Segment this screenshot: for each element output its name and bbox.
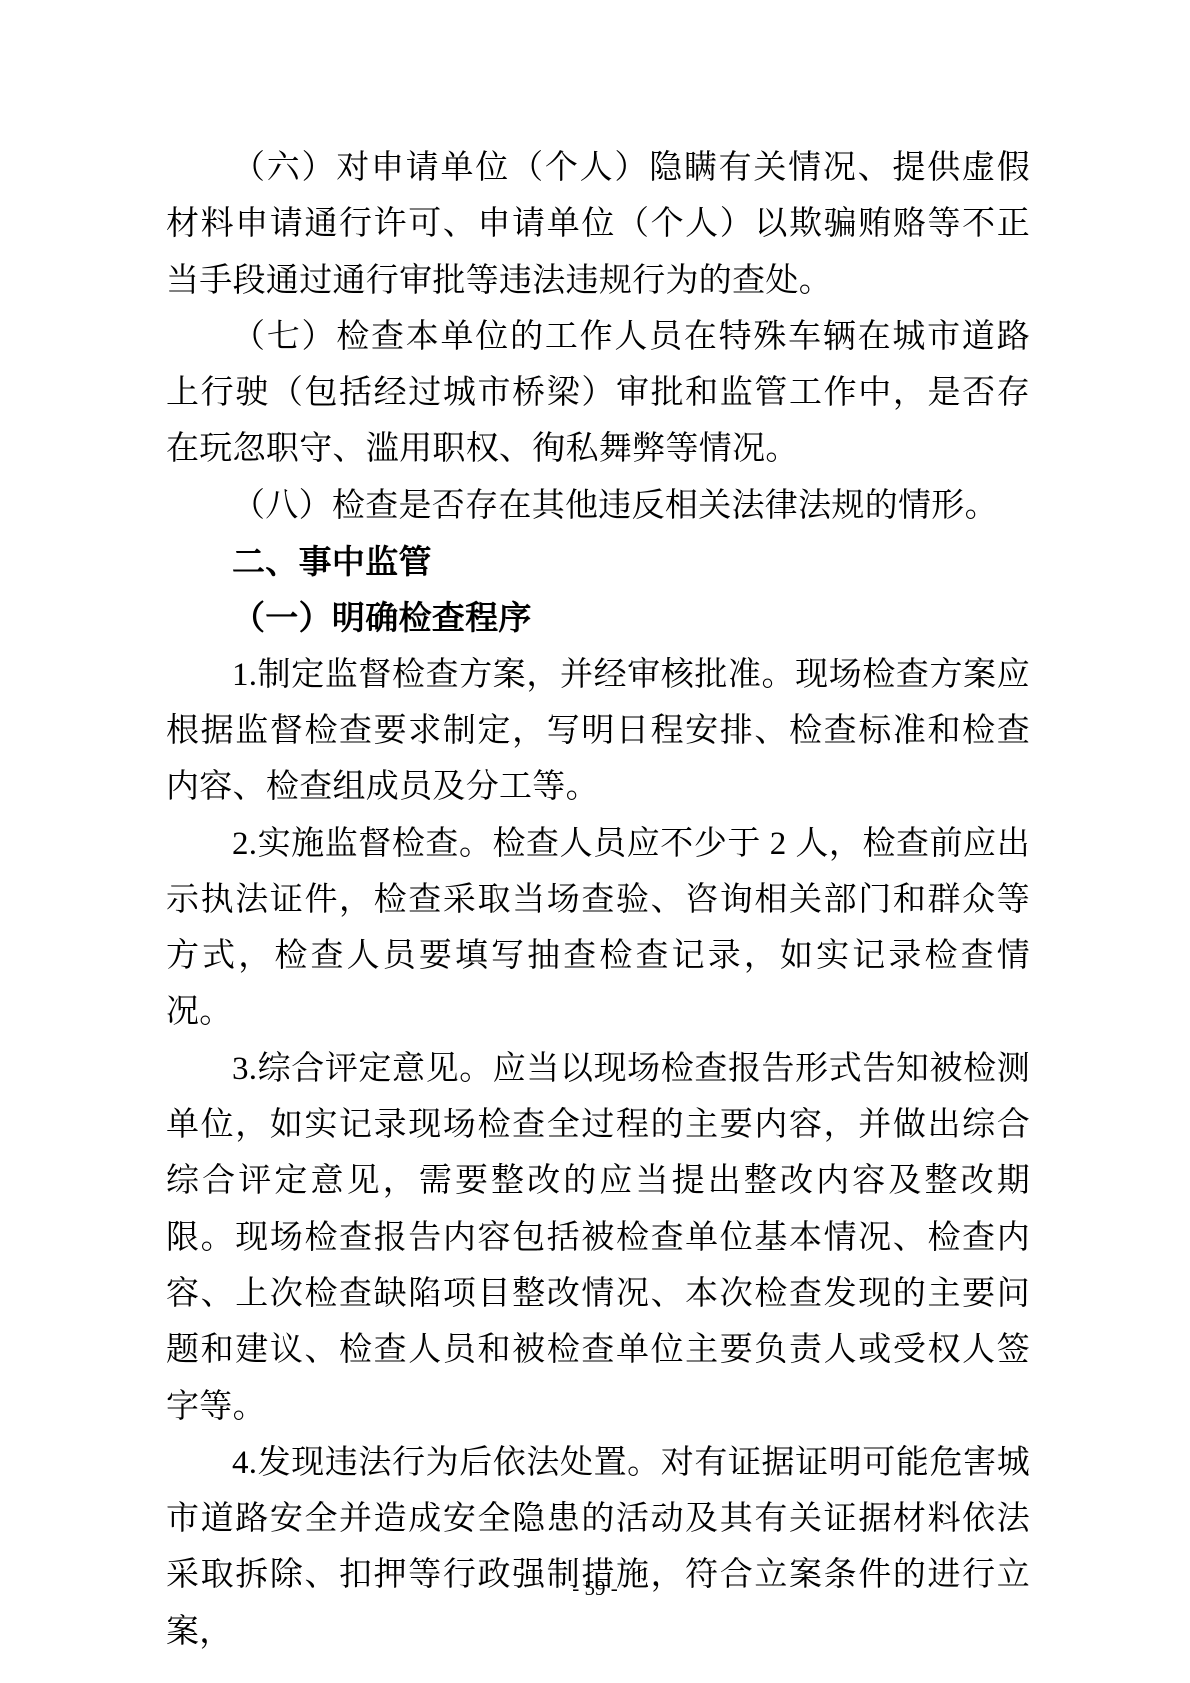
paragraph-item-8: （八）检查是否存在其他违反相关法律法规的情形。 — [166, 478, 1030, 534]
paragraph-numbered-3: 3.综合评定意见。应当以现场检查报告形式告知被检测单位，如实记录现场检查全过程的… — [166, 1041, 1030, 1435]
paragraph-item-7: （七）检查本单位的工作人员在特殊车辆在城市道路上行驶（包括经过城市桥梁）审批和监… — [166, 309, 1030, 478]
paragraph-item-6: （六）对申请单位（个人）隐瞒有关情况、提供虚假材料申请通行许可、申请单位（个人）… — [166, 140, 1030, 309]
subsection-heading-1: （一）明确检查程序 — [166, 590, 1030, 646]
paragraph-numbered-2: 2.实施监督检查。检查人员应不少于 2 人，检查前应出示执法证件，检查采取当场查… — [166, 816, 1030, 1041]
section-heading-2: 二、事中监管 — [166, 534, 1030, 590]
document-page: （六）对申请单位（个人）隐瞒有关情况、提供虚假材料申请通行许可、申请单位（个人）… — [0, 0, 1190, 1683]
paragraph-numbered-1: 1.制定监督检查方案，并经审核批准。现场检查方案应根据监督检查要求制定，写明日程… — [166, 647, 1030, 816]
paragraph-numbered-4: 4.发现违法行为后依法处置。对有证据证明可能危害城市道路安全并造成安全隐患的活动… — [166, 1435, 1030, 1660]
document-body: （六）对申请单位（个人）隐瞒有关情况、提供虚假材料申请通行许可、申请单位（个人）… — [166, 140, 1030, 1660]
page-number: - 59 - — [0, 1576, 1190, 1601]
